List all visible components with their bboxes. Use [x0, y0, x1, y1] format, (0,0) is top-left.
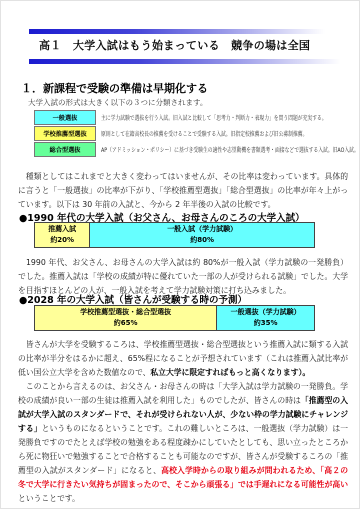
- exam-type-label: 総合型選抜: [34, 142, 96, 157]
- ratio-table-2028: 学校推薦型選抜・総合型選抜 約65% 一般選抜（学力試験） 約35%: [34, 305, 316, 331]
- ratio-cell-label: 推薦入試: [35, 225, 89, 233]
- document-page: 高１ 大学入試はもう始まっている 競争の場は全国 １．新課程で受験の準備は早期化…: [0, 0, 360, 509]
- exam-type-row-comprehensive: 総合型選抜 AP（アドミッション・ポリシー）に基づき受験生の適性や志望動機を書類…: [34, 143, 349, 155]
- title-gradient-bar-top: [29, 29, 331, 34]
- exam-type-label: 学校推薦型選抜: [34, 126, 96, 141]
- ratio-cell-general-2028: 一般選抜（学力試験） 約35%: [216, 305, 315, 331]
- prediction-paragraph: 皆さんが大学を受験するころは、学校推薦型選抜・総合型選抜という推薦入試に類する入…: [18, 338, 348, 380]
- ratio-table-1990: 推薦入試 約20% 一般入試（学力試験） 約80%: [34, 222, 316, 248]
- ratio-cell-value: 約65%: [35, 319, 216, 327]
- ratio-cell-value: 約80%: [90, 236, 314, 244]
- ratio-cell-label: 学校推薦型選抜・総合型選抜: [35, 308, 216, 316]
- ratio-change-paragraph: 種類としてはこれまでと大きく変わってはいませんが、その比率は変わっています。具体…: [18, 170, 348, 212]
- ratio-cell-general-1990: 一般入試（学力試験） 約80%: [89, 222, 315, 248]
- ratio-cell-recommendation-2028: 学校推薦型選抜・総合型選抜 約65%: [34, 305, 217, 331]
- exam-type-row-recommendation: 学校推薦型選抜 原則として在籍高校長の推薦を受けることで受験する入試。旧指定校推…: [34, 127, 349, 139]
- ratio-cell-value: 約35%: [217, 319, 314, 327]
- ratio-cell-label: 一般入試（学力試験）: [90, 225, 314, 233]
- section-1-intro: 大学入試の形式は大きく以下の３つに分類されます。: [28, 97, 207, 108]
- page-title: 高１ 大学入試はもう始まっている 競争の場は全国: [39, 37, 310, 53]
- subheading-2028: ●2028 年の大学入試（皆さんが受験する時の予測）: [19, 292, 247, 306]
- ratio-cell-recommendation-1990: 推薦入試 約20%: [34, 222, 90, 248]
- exam-type-row-general: 一般選抜 主に学力試験で選抜を行う入試。旧入試と比較して「思考力・判断力・表現力…: [34, 111, 349, 123]
- exam-type-desc: 原則として在籍高校長の推薦を受けることで受験する入試。旧指定校推薦および旧公募制…: [101, 129, 307, 138]
- section-1-heading: １．新課程で受験の準備は早期化する: [21, 80, 208, 96]
- title-gradient-bar-bottom: [29, 59, 347, 64]
- exam-type-desc: AP（アドミッション・ポリシー）に基づき受験生の適性や志望動機を書類選考・面接な…: [101, 145, 359, 154]
- ratio-cell-value: 約20%: [35, 236, 89, 244]
- ratio-cell-label: 一般選抜（学力試験）: [217, 308, 314, 316]
- exam-type-list: 一般選抜 主に学力試験で選抜を行う入試。旧入試と比較して「思考力・判断力・表現力…: [34, 111, 349, 159]
- conclusion-paragraph: このことから言えるのは、お父さん・お母さんの時は「大学入試は学力試験の一発勝負。…: [18, 380, 348, 506]
- exam-type-label: 一般選抜: [34, 110, 96, 125]
- exam-type-desc: 主に学力試験で選抜を行う入試。旧入試と比較して「思考力・判断力・表現力」を問う問…: [101, 113, 327, 122]
